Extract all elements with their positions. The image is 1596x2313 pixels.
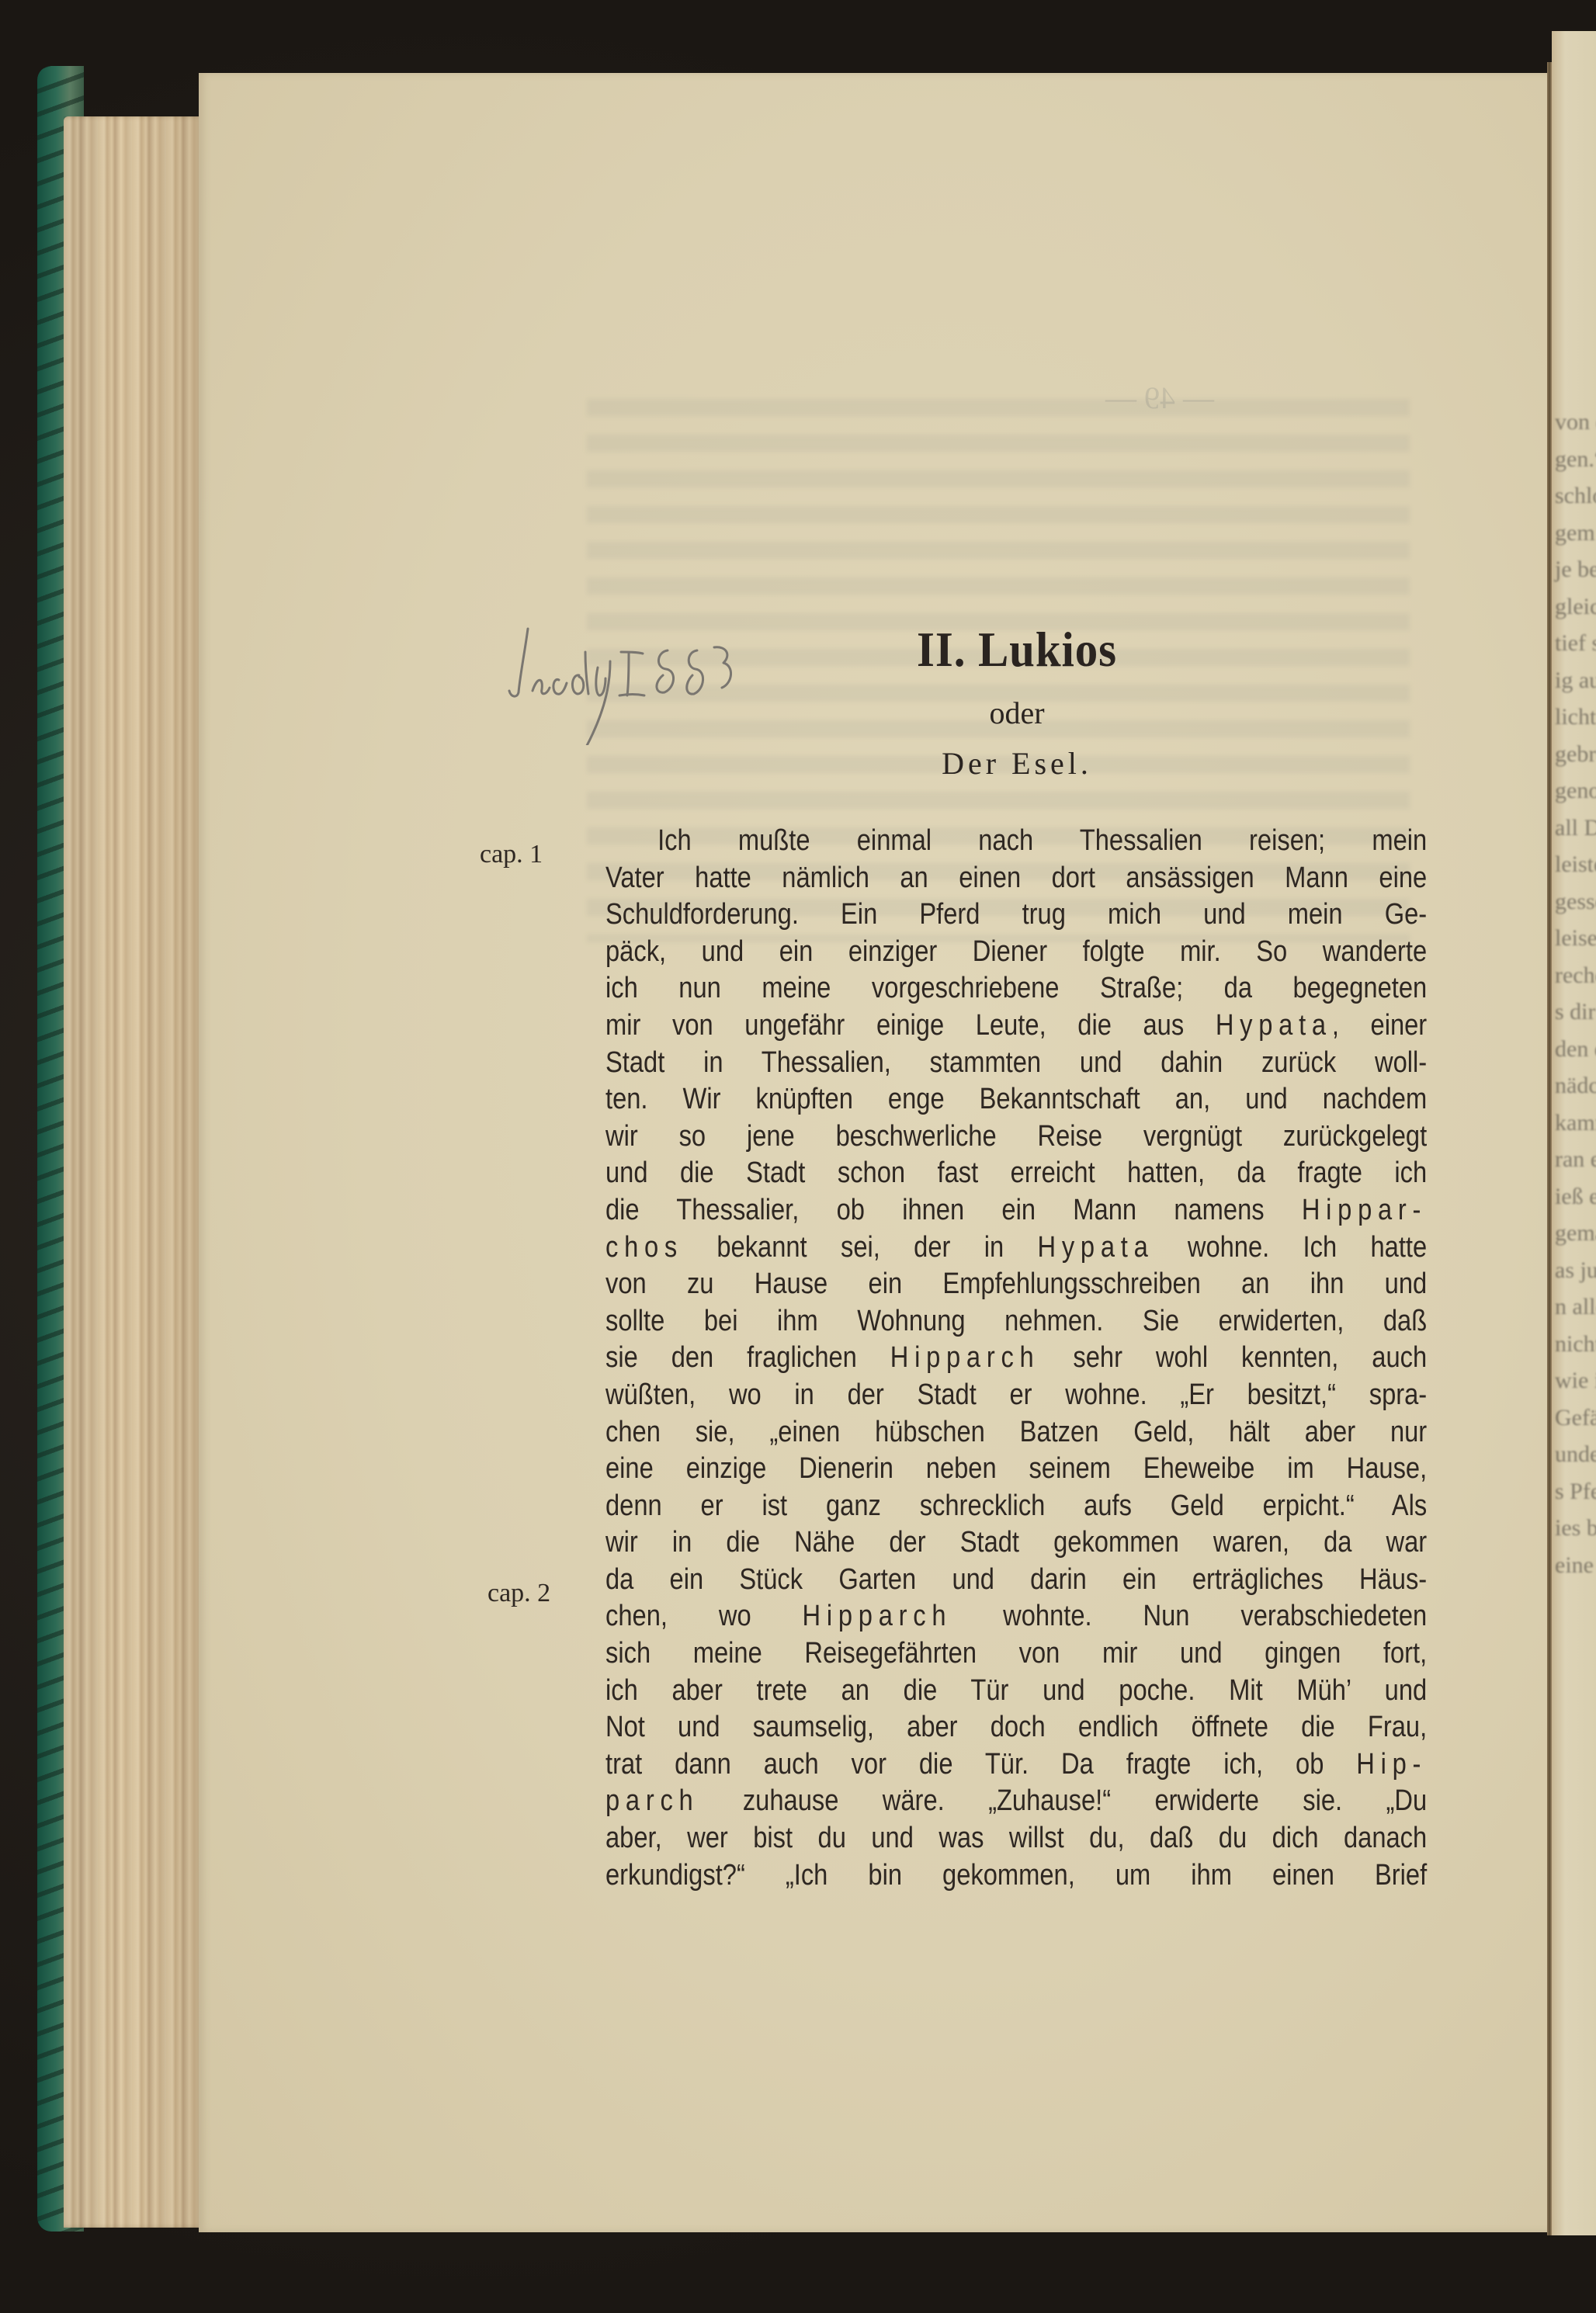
- next-page-line: den dam: [1552, 1031, 1596, 1068]
- next-page-line: all De: [1552, 810, 1596, 847]
- body-line: wir in die Nähe der Stadt gekommen waren…: [605, 1524, 1427, 1562]
- body-line: Vater hatte nämlich an einen dort ansäss…: [605, 860, 1427, 897]
- subtitle: Der Esel.: [776, 745, 1258, 782]
- body-line: päck, und ein einziger Diener folgte mir…: [605, 934, 1427, 971]
- body-line: Not und saumselig, aber doch endlich öff…: [605, 1709, 1427, 1746]
- next-page-line: gessen: [1552, 883, 1596, 921]
- spaced-name: Hip-: [1356, 1748, 1427, 1781]
- body-line: eine einzige Dienerin neben seinem Ehewe…: [605, 1451, 1427, 1488]
- next-page-line: s dir ab: [1552, 994, 1596, 1031]
- body-line: chos bekannt sei, der in Hypata wohne. I…: [605, 1229, 1427, 1267]
- next-page-line: schloß: [1552, 477, 1596, 515]
- next-page-line: ran er: [1552, 1141, 1596, 1178]
- next-page-line: je be: [1552, 551, 1596, 588]
- next-page-line: tief sie: [1552, 625, 1596, 662]
- next-page-line: n allerlei: [1552, 1288, 1596, 1326]
- next-page-text: von dgen.“schloßgem aje begleichtief sie…: [1552, 404, 1596, 1583]
- body-line: ten. Wir knüpften enge Bekanntschaft an,…: [605, 1081, 1427, 1118]
- margin-note-cap-2: cap. 2: [487, 1579, 550, 1608]
- next-page-line: ies brach: [1552, 1510, 1596, 1547]
- next-page-line: von d: [1552, 404, 1596, 441]
- body-line: ich aber trete an die Tür und poche. Mit…: [605, 1673, 1427, 1710]
- spaced-name: Hipparch: [890, 1341, 1040, 1374]
- body-line: Ich mußte einmal nach Thessalien reisen;…: [605, 823, 1427, 860]
- body-line: aber, wer bist du und was willst du, daß…: [605, 1820, 1427, 1857]
- next-page-line: Gefährin: [1552, 1399, 1596, 1437]
- spaced-name: Hypata: [1038, 1231, 1154, 1264]
- body-line: von zu Hause ein Empfehlungsschreiben an…: [605, 1266, 1427, 1303]
- body-line: erkundigst?“ „Ich bin gekommen, um ihm e…: [605, 1857, 1427, 1895]
- next-page-line: licht m: [1552, 699, 1596, 736]
- body-line: sollte bei ihm Wohnung nehmen. Sie erwid…: [605, 1303, 1427, 1340]
- next-page-line: gemacht b: [1552, 1215, 1596, 1252]
- body-line: Stadt in Thessalien, stammten und dahin …: [605, 1045, 1427, 1082]
- body-line: Schuldforderung. Ein Pferd trug mich und…: [605, 896, 1427, 934]
- body-line: da ein Stück Garten und darin ein erträg…: [605, 1562, 1427, 1599]
- next-page-line: gebrochen: [1552, 736, 1596, 773]
- next-page-line: eine Pfer: [1552, 1547, 1596, 1584]
- next-page-line: nicht in d: [1552, 1326, 1596, 1363]
- next-page-line: as junge: [1552, 1252, 1596, 1289]
- bleed-through-page-number: — 49 —: [1105, 380, 1214, 416]
- next-page-line: ig auf: [1552, 662, 1596, 699]
- next-page-line: wie ich: [1552, 1362, 1596, 1399]
- stacked-page-edges: [64, 116, 203, 2228]
- next-page-line: nädchen.: [1552, 1067, 1596, 1104]
- next-page-line: unden wa: [1552, 1436, 1596, 1473]
- next-page-line: ieß es: [1552, 1178, 1596, 1215]
- next-page-line: s Pferd v: [1552, 1473, 1596, 1510]
- body-text: Ich mußte einmal nach Thessalien reisen;…: [605, 823, 1427, 1894]
- next-page-line: gleich: [1552, 588, 1596, 626]
- body-line: die Thessalier, ob ihnen ein Mann namens…: [605, 1192, 1427, 1229]
- subtitle-connector: oder: [776, 695, 1258, 731]
- body-line: chen, wo Hipparch wohnte. Nun verabschie…: [605, 1598, 1427, 1635]
- next-page-line: gem a: [1552, 515, 1596, 552]
- next-page-line: rechend,: [1552, 957, 1596, 994]
- next-page-sliver: von dgen.“schloßgem aje begleichtief sie…: [1552, 31, 1596, 2235]
- spaced-name: parch: [605, 1784, 699, 1817]
- next-page-line: gen.“: [1552, 441, 1596, 478]
- body-line: chen sie, „einen hübschen Batzen Geld, h…: [605, 1414, 1427, 1451]
- next-page-line: leiser La: [1552, 920, 1596, 957]
- body-line: sich meine Reisegefährten von mir und gi…: [605, 1635, 1427, 1673]
- next-page-line: leiste w: [1552, 846, 1596, 883]
- body-line: trat dann auch vor die Tür. Da fragte ic…: [605, 1746, 1427, 1784]
- handwritten-pencil-annotation: Jacobitz II 308: [505, 621, 769, 745]
- body-line: denn er ist ganz schrecklich aufs Geld e…: [605, 1488, 1427, 1525]
- spaced-name: Hippar-: [1302, 1194, 1427, 1226]
- spaced-name: Hypata: [1216, 1009, 1332, 1042]
- body-line: parch zuhause wäre. „Zuhause!“ erwiderte…: [605, 1783, 1427, 1820]
- body-line: mir von ungefähr einige Leute, die aus H…: [605, 1007, 1427, 1045]
- spaced-name: chos: [605, 1231, 683, 1264]
- body-line: wir so jene beschwerliche Reise vergnügt…: [605, 1118, 1427, 1156]
- chapter-title: II. Lukios: [796, 621, 1238, 678]
- body-line: ich nun meine vorgeschriebene Straße; da…: [605, 970, 1427, 1007]
- body-line: und die Stadt schon fast erreicht hatten…: [605, 1155, 1427, 1192]
- body-line: sie den fraglichen Hipparch sehr wohl ke…: [605, 1340, 1427, 1377]
- book-scan-scene: — 49 — von dgen.“schloßgem aje begleicht…: [0, 0, 1596, 2313]
- next-page-line: genomm: [1552, 772, 1596, 810]
- next-page-line: kammer a: [1552, 1104, 1596, 1142]
- spaced-name: Hipparch: [803, 1600, 952, 1632]
- margin-note-cap-1: cap. 1: [480, 840, 543, 869]
- body-line: wüßten, wo in der Stadt er wohne. „Er be…: [605, 1377, 1427, 1414]
